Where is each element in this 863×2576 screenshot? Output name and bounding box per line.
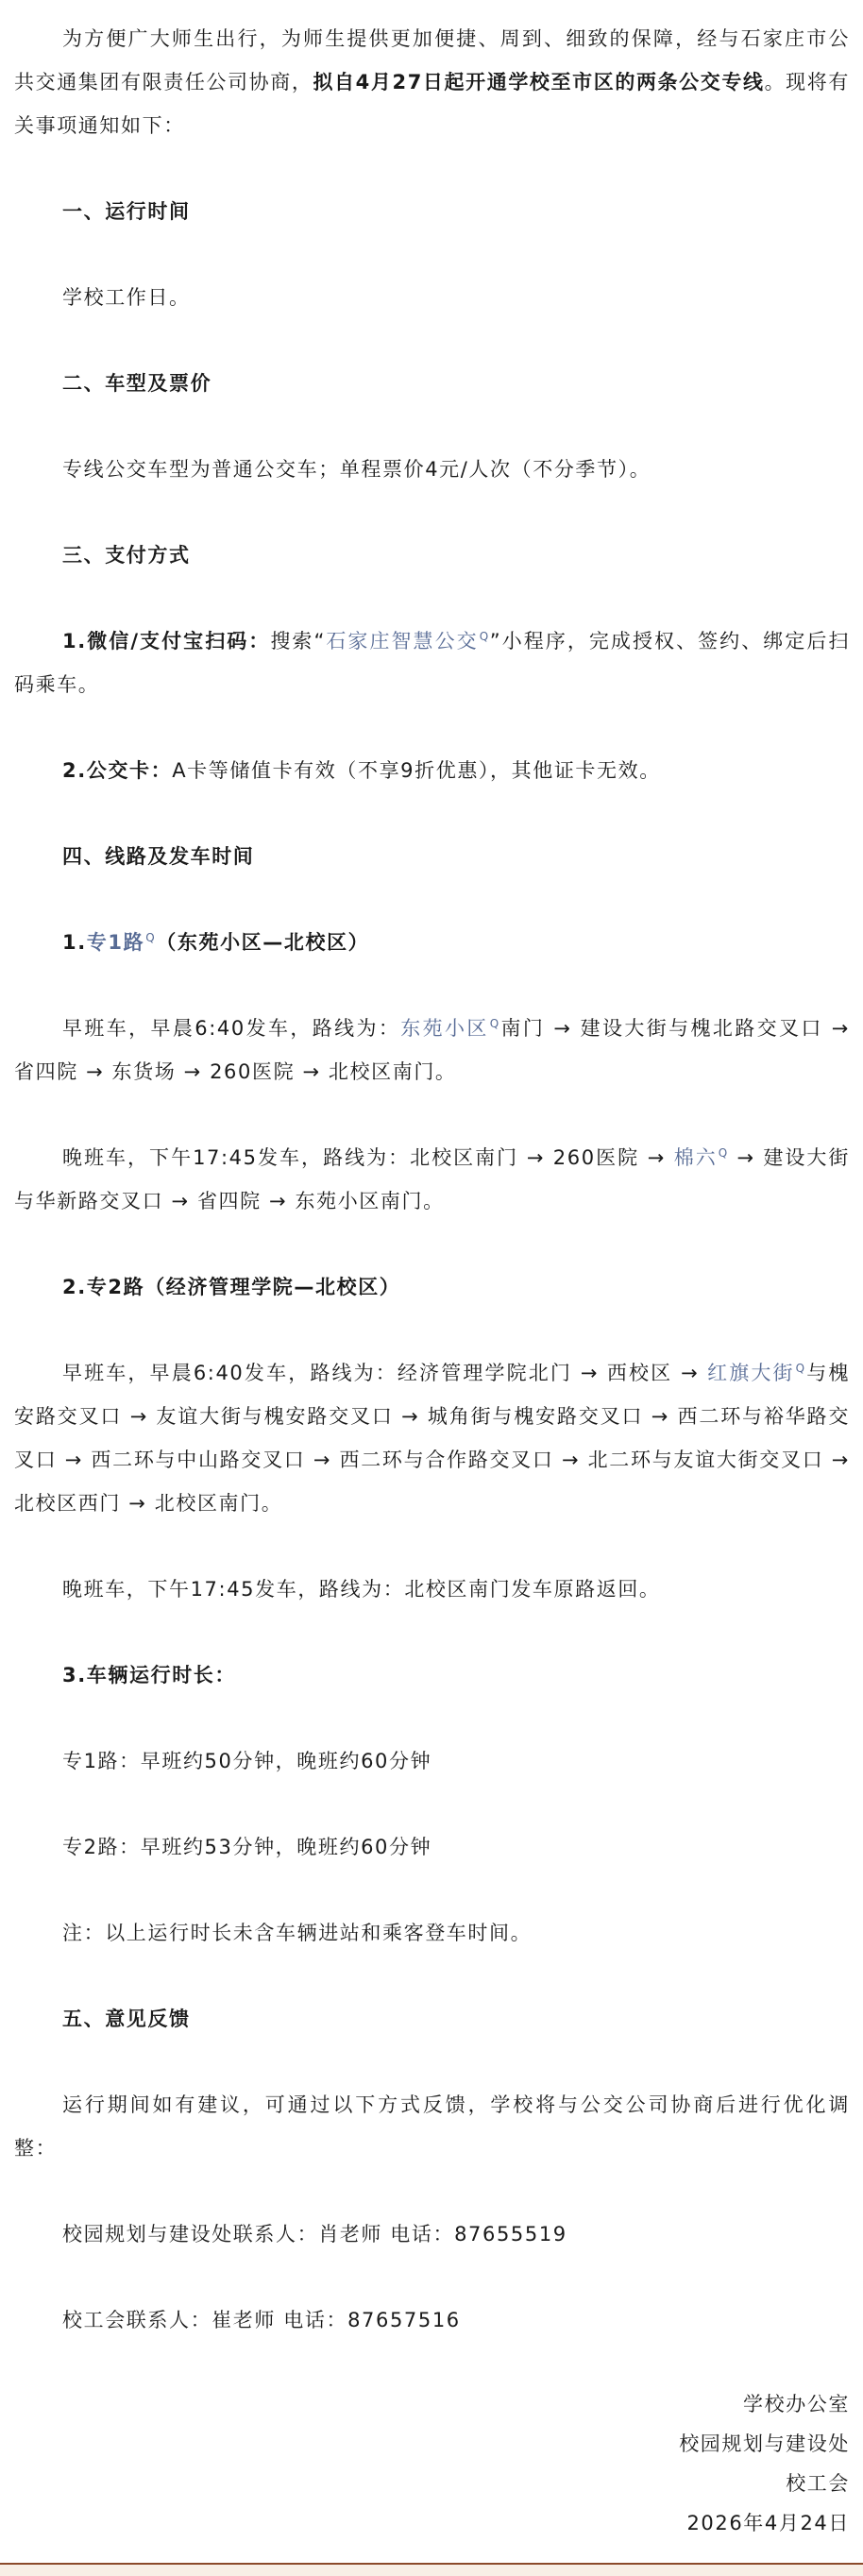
section-heading-schedule: 一、运行时间: [14, 190, 850, 233]
footer-strip: [0, 2565, 863, 2576]
route2-title: 2.专2路（经济管理学院—北校区）: [14, 1265, 850, 1309]
route1-prefix: 1.: [62, 931, 87, 954]
link-route1[interactable]: 专1路: [87, 931, 144, 954]
search-icon[interactable]: Q: [719, 1146, 729, 1160]
search-icon[interactable]: Q: [480, 630, 490, 643]
payment-card-text: A卡等储值卡有效（不享9折优惠），其他证卡无效。: [172, 759, 661, 782]
search-icon[interactable]: Q: [796, 1362, 806, 1375]
link-smart-bus[interactable]: 石家庄智慧公交: [326, 630, 479, 652]
search-icon[interactable]: Q: [490, 1017, 500, 1030]
feedback-body: 运行期间如有建议，可通过以下方式反馈，学校将与公交公司协商后进行优化调整：: [14, 2083, 850, 2170]
signature-union: 校工会: [14, 2464, 850, 2503]
route1-title: 1.专1路Q（东苑小区—北校区）: [14, 921, 850, 964]
feedback-contact1: 校园规划与建设处联系人：肖老师 电话：87655519: [14, 2212, 850, 2256]
route2-morning-text: 早班车，早晨6:40发车，路线为：经济管理学院北门 → 西校区 →: [62, 1362, 707, 1384]
section-heading-payment: 三、支付方式: [14, 534, 850, 577]
duration-line2: 专2路：早班约53分钟，晚班约60分钟: [14, 1825, 850, 1869]
route1-evening: 晚班车，下午17:45发车，路线为：北校区南门 → 260医院 → 棉六Q → …: [14, 1136, 850, 1223]
signature-block: 学校办公室 校园规划与建设处 校工会 2026年4月24日: [14, 2384, 850, 2543]
payment-scan-text: 搜索“: [270, 630, 326, 652]
route1-evening-text: 晚班车，下午17:45发车，路线为：北校区南门 → 260医院 →: [62, 1146, 674, 1169]
signature-planning: 校园规划与建设处: [14, 2424, 850, 2464]
intro-paragraph: 为方便广大师生出行，为师生提供更加便捷、周到、细致的保障，经与石家庄市公共交通集…: [14, 17, 850, 147]
signature-office: 学校办公室: [14, 2384, 850, 2424]
route2-morning-text-end: 与槐安路交叉口 → 友谊大街与槐安路交叉口 → 城角街与槐安路交叉口 → 西二环…: [14, 1362, 850, 1515]
route1-morning-text: 早班车，早晨6:40发车，路线为：: [62, 1017, 400, 1040]
section-body-fare: 专线公交车型为普通公交车；单程票价4元/人次（不分季节）。: [14, 448, 850, 491]
route1-suffix: （东苑小区—北校区）: [156, 931, 369, 954]
route1-morning: 早班车，早晨6:40发车，路线为：东苑小区Q南门 → 建设大街与槐北路交叉口 →…: [14, 1007, 850, 1093]
duration-line1: 专1路：早班约50分钟，晚班约60分钟: [14, 1739, 850, 1783]
payment-item-scan: 1.微信/支付宝扫码：搜索“石家庄智慧公交Q”小程序，完成授权、签约、绑定后扫码…: [14, 619, 850, 706]
payment-card-label: 2.公交卡：: [62, 759, 172, 782]
article-body: 为方便广大师生出行，为师生提供更加便捷、周到、细致的保障，经与石家庄市公共交通集…: [14, 17, 850, 2543]
duration-title: 3.车辆运行时长：: [14, 1653, 850, 1697]
section-heading-feedback: 五、意见反馈: [14, 1997, 850, 2041]
payment-item-card: 2.公交卡：A卡等储值卡有效（不享9折优惠），其他证卡无效。: [14, 749, 850, 792]
section-body-schedule: 学校工作日。: [14, 276, 850, 319]
link-mianliu[interactable]: 棉六: [674, 1146, 718, 1169]
section-heading-routes: 四、线路及发车时间: [14, 835, 850, 878]
search-icon[interactable]: Q: [145, 931, 156, 944]
signature-date: 2026年4月24日: [14, 2503, 850, 2543]
link-hongqi[interactable]: 红旗大街: [707, 1362, 795, 1384]
payment-scan-label: 1.微信/支付宝扫码：: [62, 630, 270, 652]
intro-highlight: 拟自4月27日起开通学校至市区的两条公交专线: [313, 71, 764, 93]
section-heading-fare: 二、车型及票价: [14, 362, 850, 405]
link-dongyuan[interactable]: 东苑小区: [400, 1017, 489, 1040]
route2-evening: 晚班车，下午17:45发车，路线为：北校区南门发车原路返回。: [14, 1568, 850, 1611]
feedback-contact2: 校工会联系人：崔老师 电话：87657516: [14, 2298, 850, 2342]
route2-morning: 早班车，早晨6:40发车，路线为：经济管理学院北门 → 西校区 → 红旗大街Q与…: [14, 1351, 850, 1525]
duration-note: 注：以上运行时长未含车辆进站和乘客登车时间。: [14, 1911, 850, 1955]
